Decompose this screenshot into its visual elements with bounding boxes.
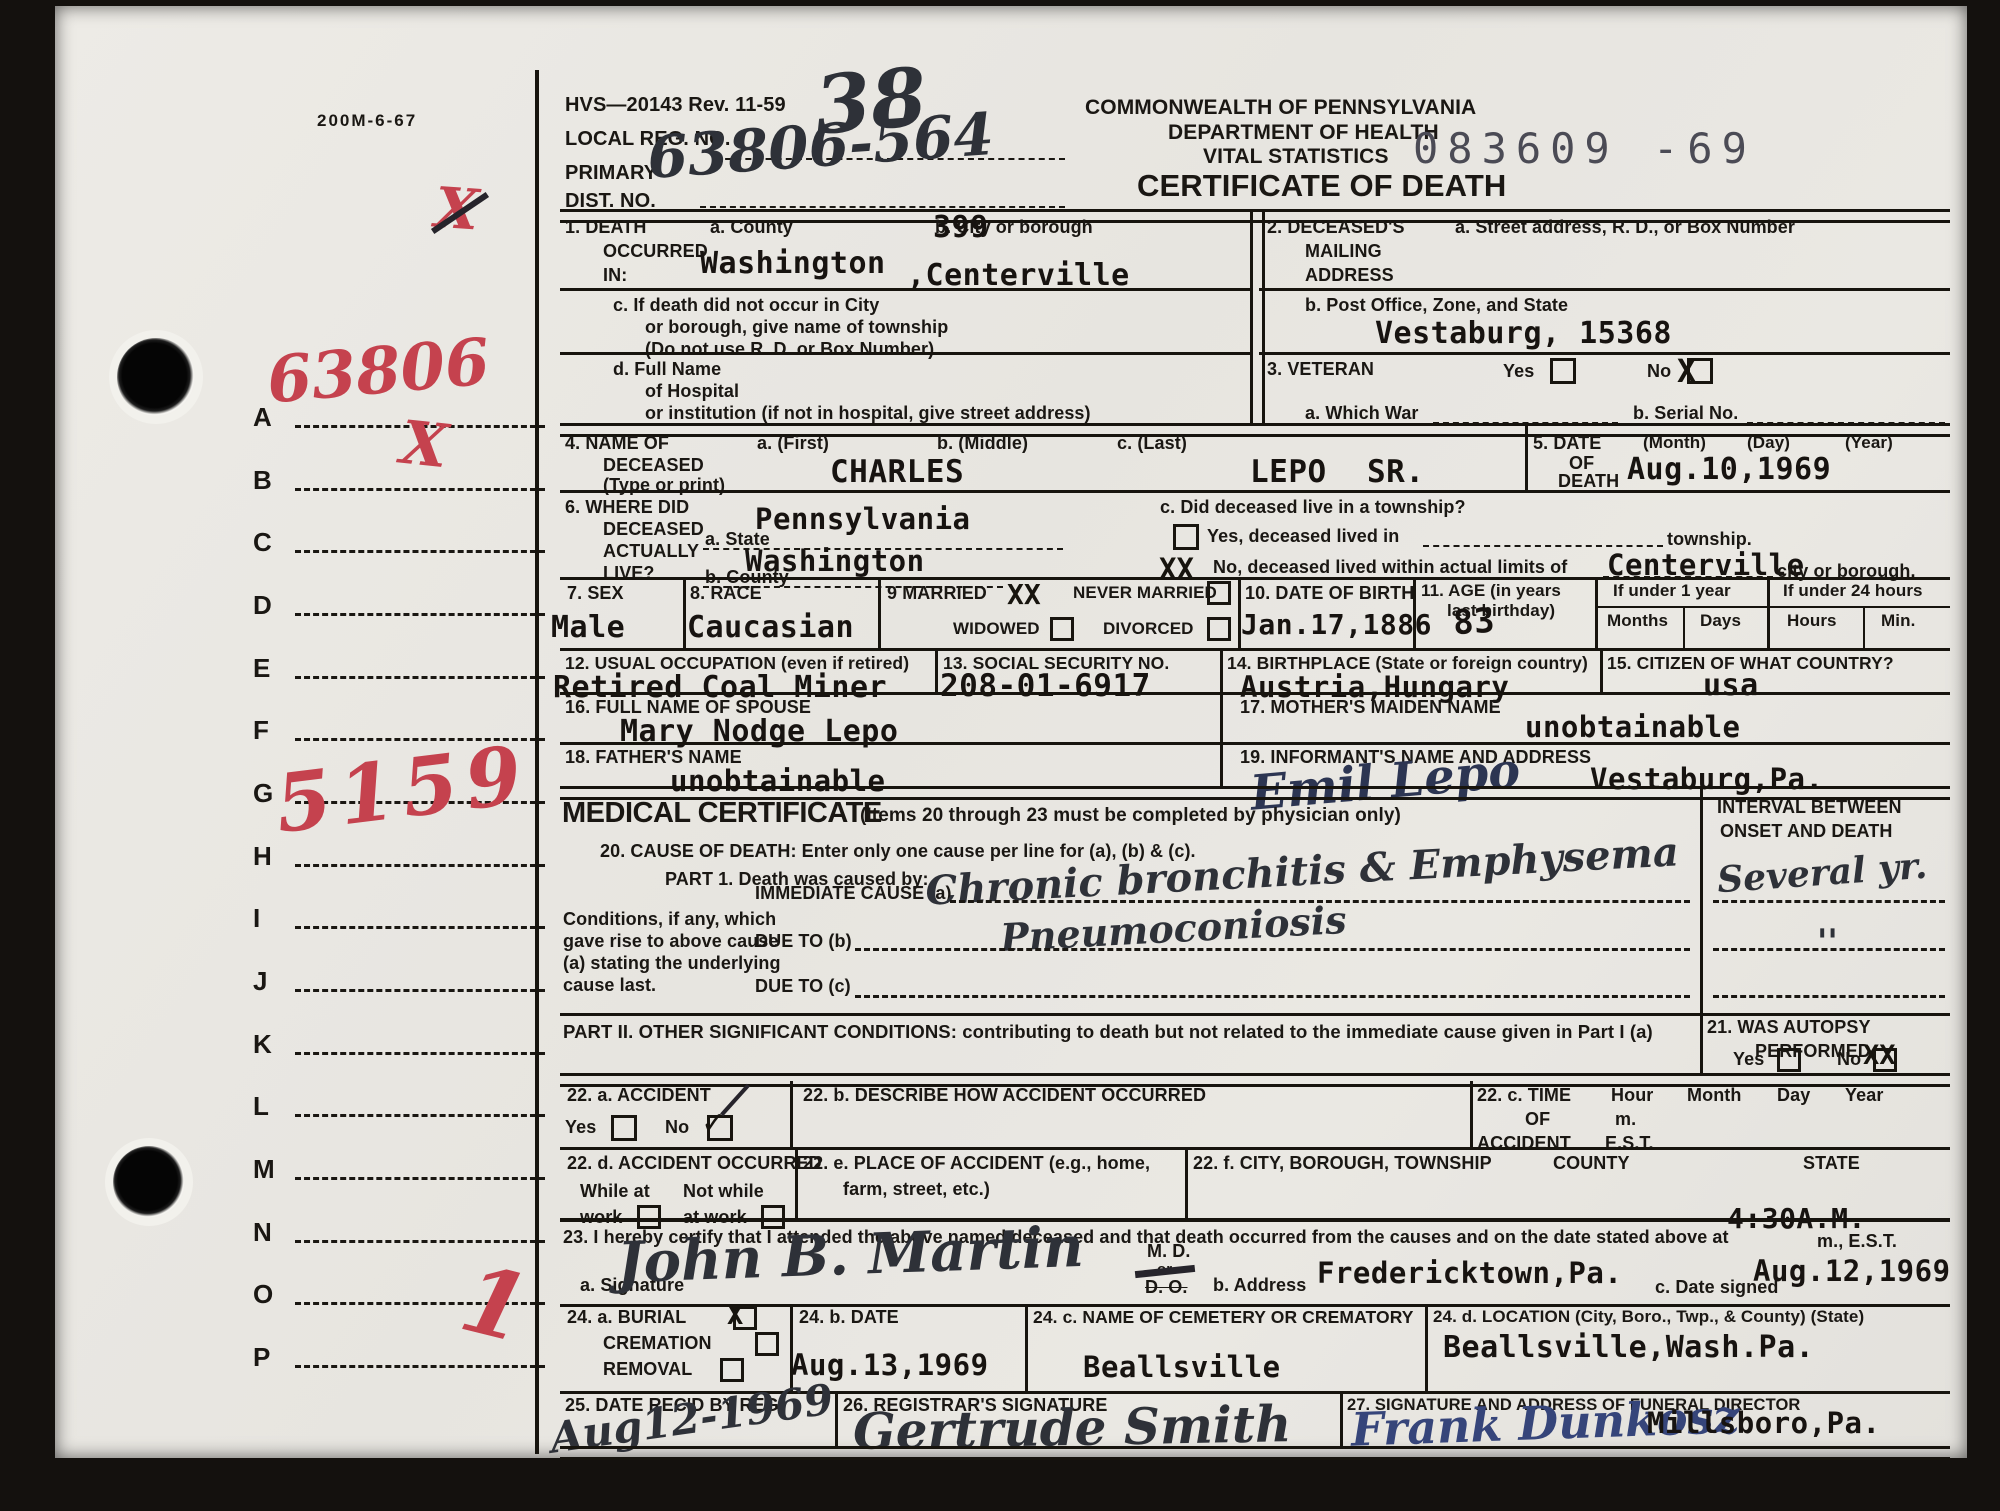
index-letter: O — [253, 1280, 273, 1309]
s22a-no-label: No — [665, 1118, 689, 1138]
agency-line: DEPARTMENT OF HEALTH — [1168, 121, 1439, 144]
s24d-location-value: Beallsville,Wash.Pa. — [1443, 1330, 1814, 1365]
index-line — [295, 488, 545, 491]
interval-c-line — [1713, 995, 1945, 998]
s4-last-value: LEPO — [1250, 454, 1327, 490]
rule — [560, 577, 1950, 580]
index-letter: E — [253, 654, 270, 683]
index-line — [295, 926, 545, 929]
s22b-describe-label: 22. b. DESCRIBE HOW ACCIDENT OCCURRED — [803, 1086, 1206, 1106]
s24d-location-label: 24. d. LOCATION (City, Boro., Twp., & Co… — [1433, 1308, 1864, 1327]
index-line — [295, 1114, 545, 1117]
index-letter: K — [253, 1030, 272, 1059]
s1-title: IN: — [603, 266, 627, 286]
s4-title: 4. NAME OF — [565, 434, 669, 454]
township-no-mark: XX — [1159, 552, 1194, 586]
s1-d-note: d. Full Name — [613, 360, 721, 380]
margin-red-number-a: 63806 — [264, 324, 492, 418]
interval-b-line — [1713, 948, 1945, 951]
interval-a-handwriting: Several yr. — [1716, 845, 1929, 902]
s20-side-note: (a) stating the underlying — [563, 954, 781, 974]
cell-divider — [1600, 648, 1603, 692]
interval-b-ditto: '' — [1817, 922, 1838, 962]
cell-divider — [1025, 1304, 1028, 1391]
pen-tick — [720, 1084, 750, 1116]
cell-divider — [790, 1081, 793, 1147]
s5-title: DEATH — [1558, 472, 1619, 492]
primary-label: PRIMARY — [565, 162, 657, 184]
s6-county-value: Washington — [745, 544, 925, 578]
s23-md-label: M. D. — [1147, 1242, 1191, 1262]
sub-divider — [1683, 606, 1685, 648]
index-letter: B — [253, 466, 272, 495]
s9-never-label: NEVER MARRIED — [1073, 584, 1217, 603]
rule — [560, 648, 1950, 651]
interval-header: ONSET AND DEATH — [1720, 822, 1893, 842]
accident-no-mark: ✓ — [703, 1102, 723, 1142]
box-divider — [1250, 209, 1265, 425]
index-line — [295, 989, 545, 992]
s11-age-value: 83 — [1452, 601, 1497, 644]
s20-side-note: Conditions, if any, which — [563, 910, 776, 930]
s11-age-label: 11. AGE (in years — [1421, 582, 1561, 601]
s20-immediate-label: IMMEDIATE CAUSE (a) — [755, 884, 952, 904]
sub-divider — [1863, 606, 1865, 648]
s2-title: ADDRESS — [1305, 266, 1394, 286]
s11-under1-label: If under 1 year — [1613, 582, 1731, 601]
index-line — [295, 1177, 545, 1180]
widowed-checkbox — [1050, 617, 1074, 641]
veteran-yes-checkbox — [1550, 358, 1576, 384]
s11-days-label: Days — [1700, 612, 1741, 631]
s1-d-note: of Hospital — [645, 382, 739, 402]
s9-married-label: 9 MARRIED — [887, 584, 987, 604]
s24c-cemetery-value: Beallsville — [1083, 1350, 1281, 1384]
agency-line: VITAL STATISTICS — [1203, 145, 1389, 168]
form-code: HVS—20143 Rev. 11-59 — [565, 94, 786, 116]
s2-postoffice-value: Vestaburg, 15368 — [1375, 316, 1672, 351]
while-at-work-checkbox — [637, 1205, 661, 1229]
s20-side-note: cause last. — [563, 976, 656, 996]
s24c-cemetery-label: 24. c. NAME OF CEMETERY OR CREMATORY — [1033, 1308, 1414, 1327]
s6-title: 6. WHERE DID — [565, 498, 689, 518]
s10-dob-value: Jan.17,1886 — [1241, 608, 1432, 641]
s8-race-label: 8. RACE — [690, 584, 762, 604]
s1-overstrike: 399 — [933, 210, 989, 245]
s6-title: DECEASED — [603, 520, 704, 540]
s6-title: ACTUALLY — [603, 542, 699, 562]
index-letter: J — [253, 967, 268, 996]
s23-do-label: D. O. — [1145, 1278, 1188, 1298]
cell-divider — [1220, 692, 1223, 742]
s2-title: 2. DECEASED'S — [1267, 218, 1405, 238]
cell-divider — [1340, 1391, 1343, 1448]
index-line — [295, 1365, 545, 1368]
cell-divider — [1413, 577, 1416, 648]
box-divider — [1525, 423, 1528, 490]
s1-c-note: c. If death did not occur in City — [613, 296, 879, 316]
s22c-time-label: OF — [1525, 1110, 1550, 1130]
certificate-number-stamp: 083609 -69 — [1413, 124, 1756, 173]
s22a-yes-label: Yes — [565, 1118, 596, 1138]
township-yes-checkbox — [1173, 524, 1199, 550]
s11-under24-label: If under 24 hours — [1783, 582, 1923, 601]
s22e-place-label: 22. e. PLACE OF ACCIDENT (e.g., home, — [803, 1154, 1150, 1174]
s22f-state-label: STATE — [1803, 1154, 1860, 1174]
print-run-code: 200M-6-67 — [317, 112, 417, 131]
rule — [560, 1147, 1950, 1150]
s22f-county-label: COUNTY — [1553, 1154, 1630, 1174]
punch-hole — [113, 1146, 185, 1218]
s24-cremation-label: CREMATION — [603, 1334, 712, 1354]
rule — [1259, 352, 1950, 355]
cell-divider — [1767, 577, 1770, 648]
interval-a-line — [1713, 900, 1945, 903]
cell-divider — [1238, 577, 1241, 648]
index-letter: C — [253, 528, 272, 557]
index-line — [295, 864, 545, 867]
agency-line: COMMONWEALTH OF PENNSYLVANIA — [1085, 96, 1476, 119]
index-letter: L — [253, 1092, 269, 1121]
index-line — [295, 1052, 545, 1055]
s1-title: 1. DEATH — [565, 218, 646, 238]
scanned-death-certificate: { "margin": { "print_code": "200M-6-67",… — [0, 0, 2000, 1511]
cell-divider — [878, 577, 881, 648]
index-letter: M — [253, 1155, 275, 1184]
index-letter: N — [253, 1218, 272, 1247]
s22d-while-label: While at — [580, 1182, 650, 1202]
cell-divider — [795, 1147, 798, 1218]
cell-divider — [683, 577, 686, 648]
sub-rule — [1595, 606, 1950, 608]
s3-serial-label: b. Serial No. — [1633, 404, 1738, 424]
s2-postoffice-label: b. Post Office, Zone, and State — [1305, 296, 1568, 316]
s5-title: 5. DATE — [1533, 434, 1601, 454]
s6-township-question: c. Did deceased live in a township? — [1160, 498, 1466, 518]
s7-sex-label: 7. SEX — [567, 584, 624, 604]
s22c-hour-label: Hour — [1611, 1086, 1653, 1106]
s27-funeral-address: Millsboro,Pa. — [1647, 1406, 1880, 1440]
rule — [560, 692, 1950, 695]
margin-red-mark-o: 1 — [451, 1244, 539, 1364]
autopsy-yes-checkbox — [1777, 1048, 1801, 1072]
divorced-checkbox — [1207, 617, 1231, 641]
s8-race-value: Caucasian — [687, 610, 854, 645]
township-line — [1423, 545, 1663, 547]
s11-months-label: Months — [1607, 612, 1668, 631]
index-letter: H — [253, 842, 272, 871]
s22c-time-label: ACCIDENT — [1477, 1134, 1571, 1154]
s22c-m-label: m. — [1615, 1110, 1636, 1130]
s22c-time-label: 22. c. TIME — [1477, 1086, 1571, 1106]
rule — [560, 742, 1950, 745]
s21-autopsy-label: 21. WAS AUTOPSY — [1707, 1018, 1871, 1038]
s4-middle-label: b. (Middle) — [937, 434, 1028, 454]
medical-subtitle: (Items 20 through 23 must be completed b… — [860, 806, 1401, 827]
s1-county-label: a. County — [710, 218, 793, 238]
s24-burial-label: 24. a. BURIAL — [567, 1308, 686, 1328]
s3-veteran-label: 3. VETERAN — [1267, 360, 1374, 380]
index-line — [295, 613, 545, 616]
s3-war-label: a. Which War — [1305, 404, 1419, 424]
s9-divorced-label: DIVORCED — [1103, 620, 1194, 639]
s21-yes-label: Yes — [1733, 1050, 1764, 1070]
s2-street-label: a. Street address, R. D., or Box Number — [1455, 218, 1795, 238]
s1-d-note: or institution (if not in hospital, give… — [645, 404, 1091, 424]
cell-divider — [935, 648, 938, 692]
s9-widowed-label: WIDOWED — [953, 620, 1040, 639]
cause-b-line — [855, 948, 1690, 951]
s1-c-note: or borough, give name of township — [645, 318, 948, 338]
s22d-not-label: Not while — [683, 1182, 764, 1202]
accident-yes-checkbox — [611, 1115, 637, 1141]
s1-title: OCCURRED — [603, 242, 708, 262]
s22c-est-label: E.S.T. — [1605, 1134, 1654, 1154]
s13-ssn-value: 208-01-6917 — [940, 668, 1151, 704]
s5-year-label: (Year) — [1845, 434, 1893, 453]
s22e-place-label: farm, street, etc.) — [843, 1180, 990, 1200]
s1-c-note: (Do not use R. D. or Box Number) — [645, 340, 934, 360]
index-letter: F — [253, 716, 269, 745]
s10-dob-label: 10. DATE OF BIRTH — [1245, 584, 1414, 604]
index-letter: D — [253, 591, 272, 620]
s15-citizen-value: usa — [1703, 668, 1759, 703]
s4-first-label: a. (First) — [757, 434, 829, 454]
s20-due-c-label: DUE TO (c) — [755, 977, 851, 997]
index-line — [295, 676, 545, 679]
s22c-month-label: Month — [1687, 1086, 1741, 1106]
dist-no-line — [700, 206, 1065, 208]
index-line — [295, 550, 545, 553]
cell-divider — [1470, 1081, 1473, 1147]
autopsy-no-mark: XX — [1863, 1040, 1896, 1071]
cause-c-line — [855, 995, 1690, 998]
index-letter: G — [253, 779, 273, 808]
cell-divider — [1220, 648, 1223, 692]
certificate-title: CERTIFICATE OF DEATH — [1137, 169, 1506, 203]
s6-title: LIVE? — [603, 564, 655, 584]
s24b-date-label: 24. b. DATE — [799, 1308, 899, 1328]
never-married-checkbox — [1207, 581, 1231, 605]
interval-divider — [1700, 786, 1703, 1075]
index-letter: P — [253, 1343, 270, 1372]
s23-date-value: Aug.12,1969 — [1753, 1254, 1951, 1288]
s1-county-value: Washington — [700, 246, 886, 281]
rule — [560, 288, 1250, 291]
part2-label: PART II. OTHER SIGNIFICANT CONDITIONS: c… — [563, 1022, 1653, 1042]
cell-divider — [1220, 742, 1223, 788]
s6-no-text: No, deceased lived within actual limits … — [1213, 558, 1567, 578]
s17-maiden-value: unobtainable — [1525, 710, 1741, 744]
s6-township-text: township. — [1667, 530, 1752, 550]
burial-mark: X — [727, 1300, 743, 1331]
s11-min-label: Min. — [1881, 612, 1915, 631]
s24-removal-label: REMOVAL — [603, 1360, 692, 1380]
margin-divider — [535, 70, 539, 1454]
cell-divider — [1185, 1147, 1188, 1218]
s21-no-label: No — [1837, 1050, 1861, 1070]
s22c-day-label: Day — [1777, 1086, 1810, 1106]
veteran-no-mark: X — [1677, 352, 1696, 390]
s20-side-note: gave rise to above cause — [563, 932, 779, 952]
s4-suffix-value: SR. — [1367, 454, 1425, 490]
married-mark: XX — [1007, 578, 1041, 611]
removal-checkbox — [720, 1358, 744, 1382]
s23-address-label: b. Address — [1213, 1276, 1306, 1296]
s22f-city-label: 22. f. CITY, BOROUGH, TOWNSHIP — [1193, 1154, 1492, 1174]
s4-title: DECEASED — [603, 456, 704, 476]
cell-divider — [790, 1304, 793, 1391]
rule — [1259, 288, 1950, 291]
s6-yes-text: Yes, deceased lived in — [1207, 527, 1399, 547]
s5-month-label: (Month) — [1643, 434, 1706, 453]
s7-sex-value: Male — [551, 610, 625, 645]
s22d-label: 22. d. ACCIDENT OCCURRED — [567, 1154, 822, 1174]
s3-yes-label: Yes — [1503, 362, 1534, 382]
interval-header: INTERVAL BETWEEN — [1717, 798, 1902, 818]
s5-date-of-death-value: Aug.10,1969 — [1627, 452, 1831, 487]
bottom-rule — [560, 1446, 1950, 1460]
s23-time-tail: m., E.S.T. — [1817, 1232, 1897, 1252]
s17-maiden-label: 17. MOTHER'S MAIDEN NAME — [1240, 698, 1501, 718]
cell-divider — [835, 1391, 838, 1448]
cremation-checkbox — [755, 1332, 779, 1356]
rule — [560, 1013, 1950, 1016]
margin-red-x-b: X — [397, 408, 451, 482]
rule — [560, 1073, 1950, 1087]
punch-hole — [117, 338, 195, 416]
s2-title: MAILING — [1305, 242, 1382, 262]
margin-red-number-h: 5159 — [270, 727, 534, 851]
index-letter: I — [253, 904, 260, 933]
s23-address-value: Fredericktown,Pa. — [1317, 1256, 1622, 1290]
margin-top-mark: X — [433, 175, 481, 244]
s4-first-value: CHARLES — [830, 454, 964, 490]
cell-divider — [1425, 1304, 1428, 1391]
s5-day-label: (Day) — [1747, 434, 1790, 453]
s11-hours-label: Hours — [1787, 612, 1837, 631]
s22a-accident-label: 22. a. ACCIDENT — [567, 1086, 711, 1106]
s20-due-b-label: DUE TO (b) — [755, 932, 852, 952]
rule — [560, 352, 1250, 355]
index-line — [295, 1240, 545, 1243]
s3-no-label: No — [1647, 362, 1671, 382]
cell-divider — [1595, 577, 1598, 648]
rule — [560, 490, 1950, 493]
certificate-paper: 200M-6-67 X A B C D E F G H I J K L M N … — [55, 6, 1967, 1458]
s22c-year-label: Year — [1845, 1086, 1883, 1106]
s4-last-label: c. (Last) — [1117, 434, 1187, 454]
s6-state-value: Pennsylvania — [755, 502, 971, 536]
medical-title: MEDICAL CERTIFICATE — [562, 798, 882, 830]
